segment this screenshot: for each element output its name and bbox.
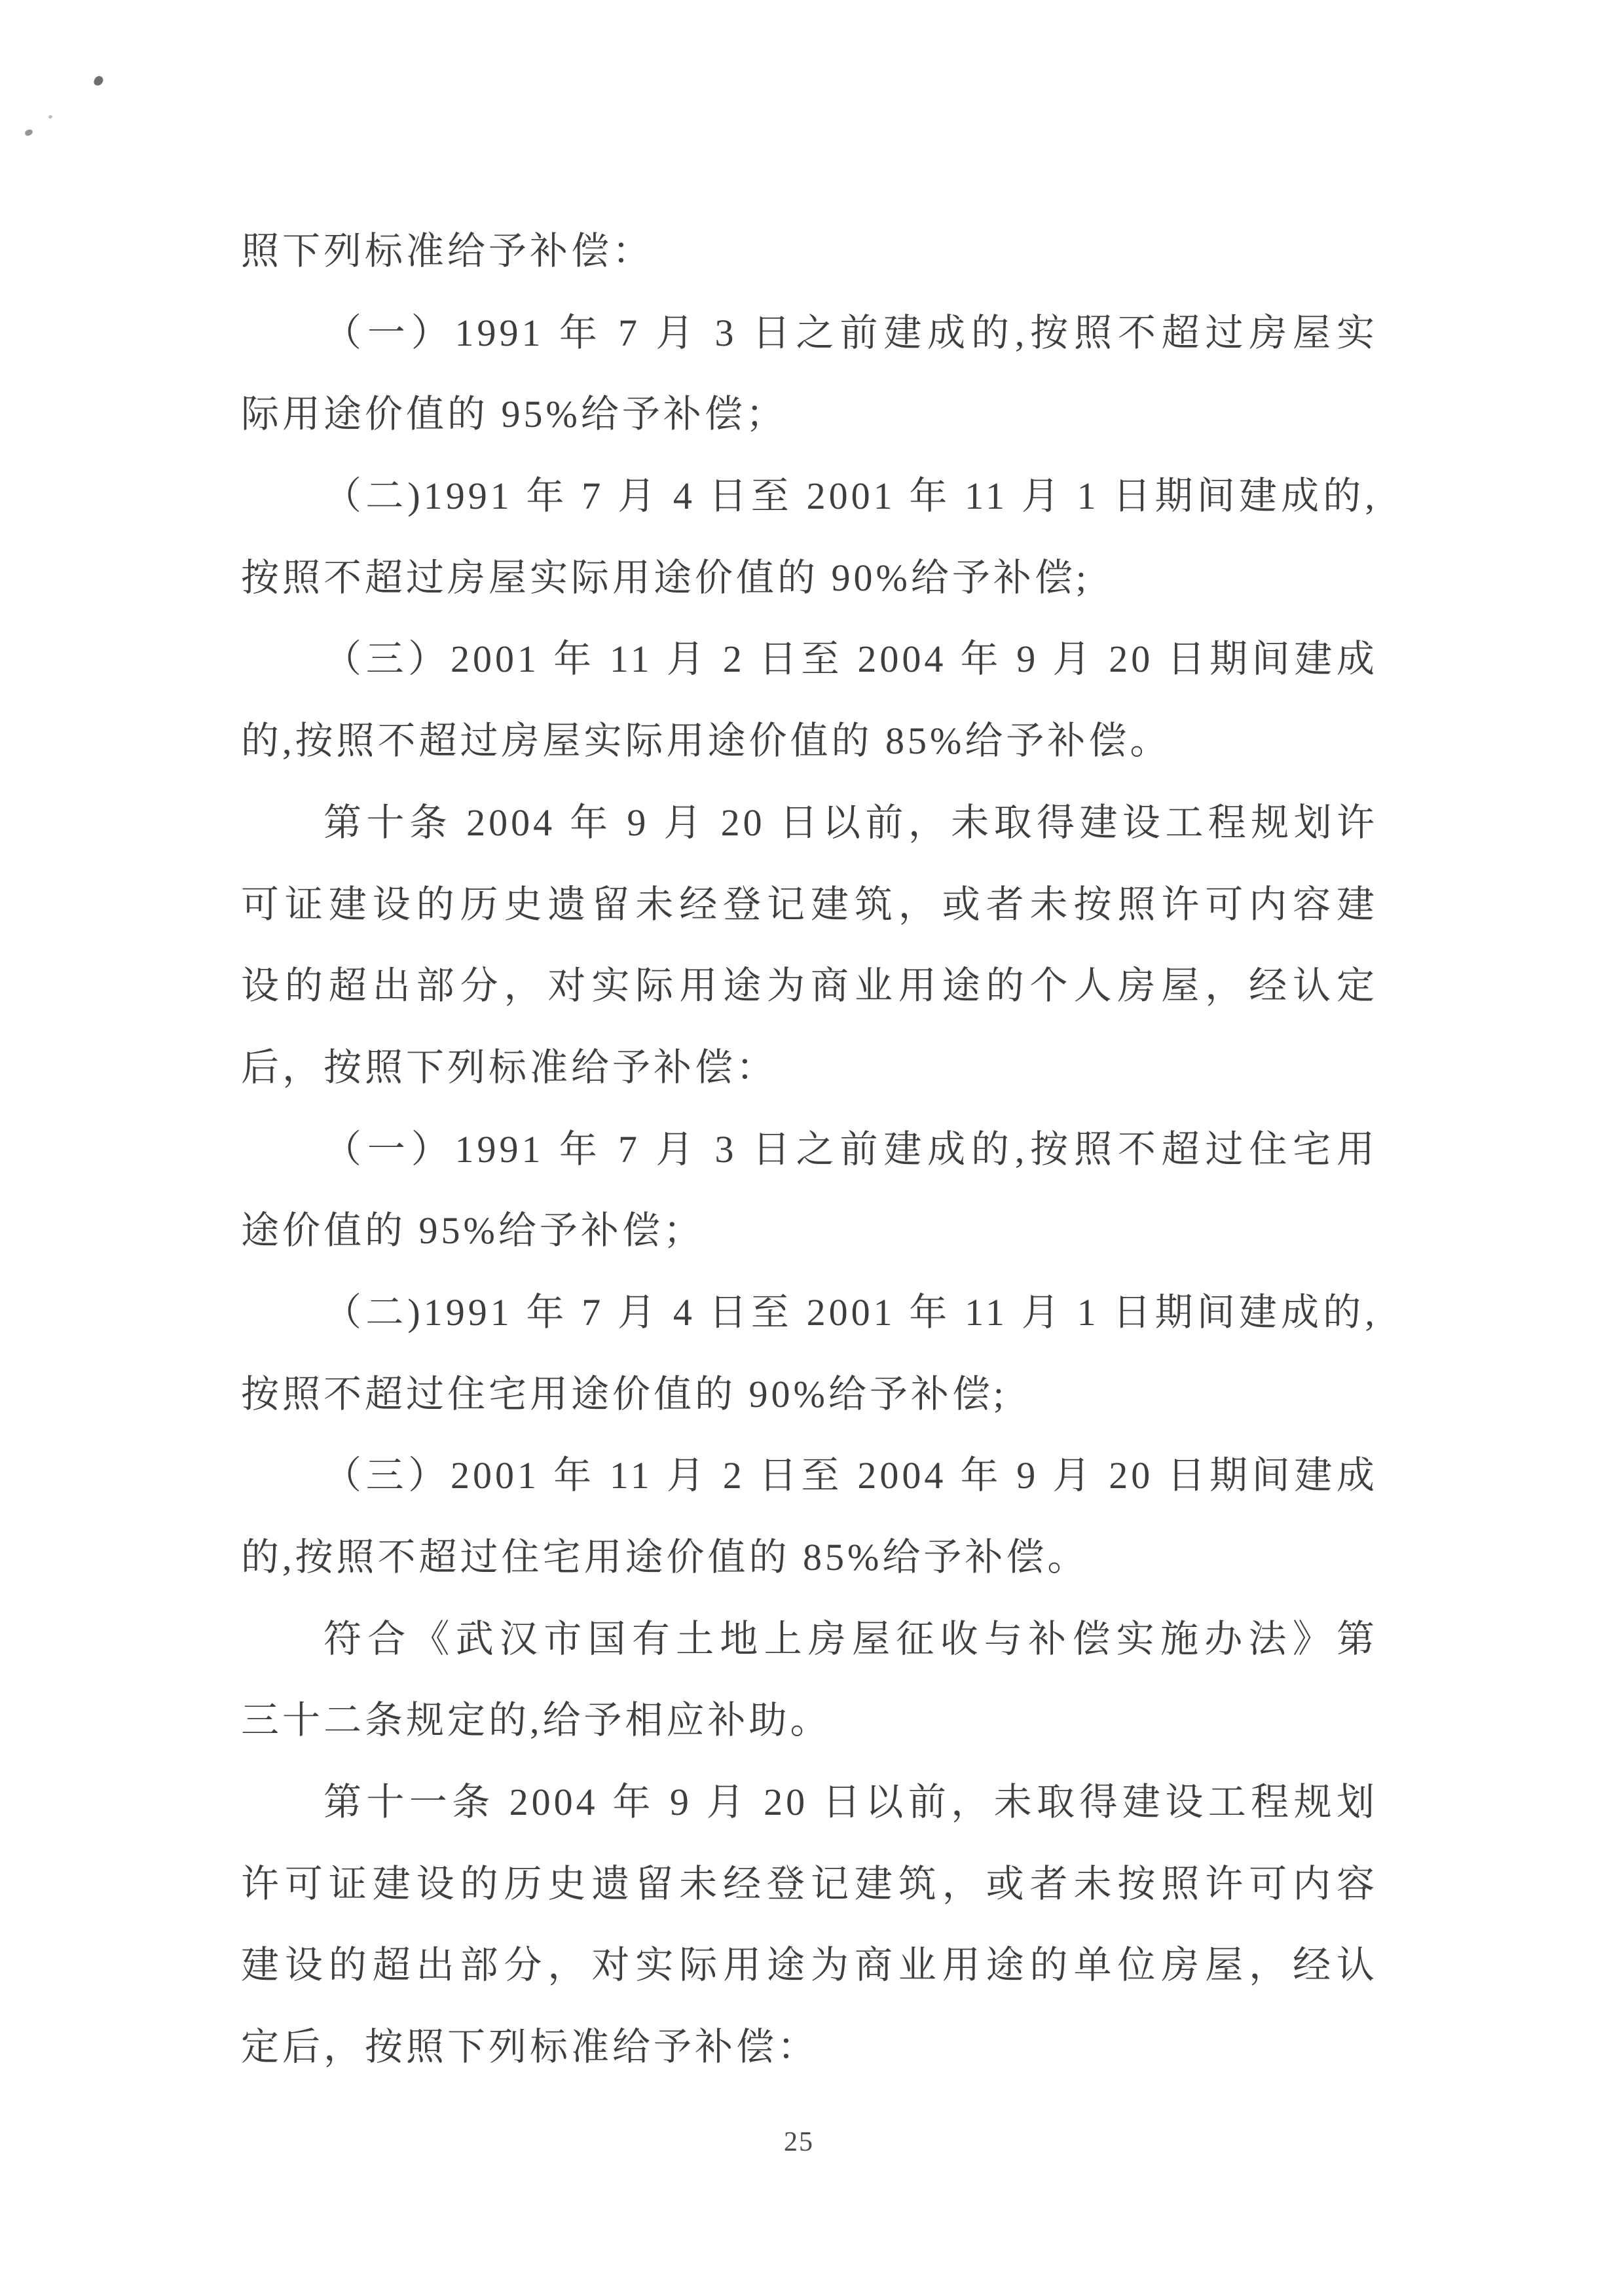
text-line: 按照不超过房屋实际用途价值的 90%给予补偿; <box>241 538 1378 619</box>
ink-speck <box>48 115 52 118</box>
ink-speck <box>93 75 104 87</box>
text-line: 三十二条规定的,给予相应补助。 <box>241 1680 1378 1762</box>
text-line: （二)1991 年 7 月 4 日至 2001 年 11 月 1 日期间建成的, <box>241 456 1378 538</box>
text-line: 许可证建设的历史遗留未经登记建筑，或者未按照许可内容 <box>241 1844 1378 1925</box>
text-line: （一）1991 年 7 月 3 日之前建成的,按照不超过房屋实 <box>241 293 1378 374</box>
text-line: 按照不超过住宅用途价值的 90%给予补偿; <box>241 1354 1378 1436</box>
page-number: 25 <box>771 2126 826 2158</box>
text-line: 后，按照下列标准给予补偿： <box>241 1027 1378 1109</box>
text-line: （三）2001 年 11 月 2 日至 2004 年 9 月 20 日期间建成 <box>241 1435 1378 1517</box>
text-line: 定后，按照下列标准给予补偿： <box>241 2007 1378 2088</box>
text-line: 可证建设的历史遗留未经登记建筑，或者未按照许可内容建 <box>241 864 1378 946</box>
text-line: 的,按照不超过住宅用途价值的 85%给予补偿。 <box>241 1517 1378 1599</box>
scanned-document-page: 照下列标准给予补偿：（一）1991 年 7 月 3 日之前建成的,按照不超过房屋… <box>0 0 1624 2296</box>
text-line: （一）1991 年 7 月 3 日之前建成的,按照不超过住宅用 <box>241 1109 1378 1191</box>
text-line: 的,按照不超过房屋实际用途价值的 85%给予补偿。 <box>241 701 1378 782</box>
text-line: 际用途价值的 95%给予补偿； <box>241 374 1378 456</box>
document-text-block: 照下列标准给予补偿：（一）1991 年 7 月 3 日之前建成的,按照不超过房屋… <box>241 211 1378 2088</box>
text-line: 符合《武汉市国有土地上房屋征收与补偿实施办法》第 <box>241 1599 1378 1681</box>
text-line: 第十一条 2004 年 9 月 20 日以前，未取得建设工程规划 <box>241 1762 1378 1844</box>
text-line: 设的超出部分，对实际用途为商业用途的个人房屋，经认定 <box>241 945 1378 1027</box>
ink-speck <box>24 129 33 137</box>
text-line: 建设的超出部分，对实际用途为商业用途的单位房屋，经认 <box>241 1925 1378 2007</box>
text-line: 第十条 2004 年 9 月 20 日以前，未取得建设工程规划许 <box>241 782 1378 864</box>
text-line: （二)1991 年 7 月 4 日至 2001 年 11 月 1 日期间建成的, <box>241 1272 1378 1354</box>
text-line: （三）2001 年 11 月 2 日至 2004 年 9 月 20 日期间建成 <box>241 619 1378 701</box>
text-line: 照下列标准给予补偿： <box>241 211 1378 293</box>
text-line: 途价值的 95%给予补偿； <box>241 1190 1378 1272</box>
